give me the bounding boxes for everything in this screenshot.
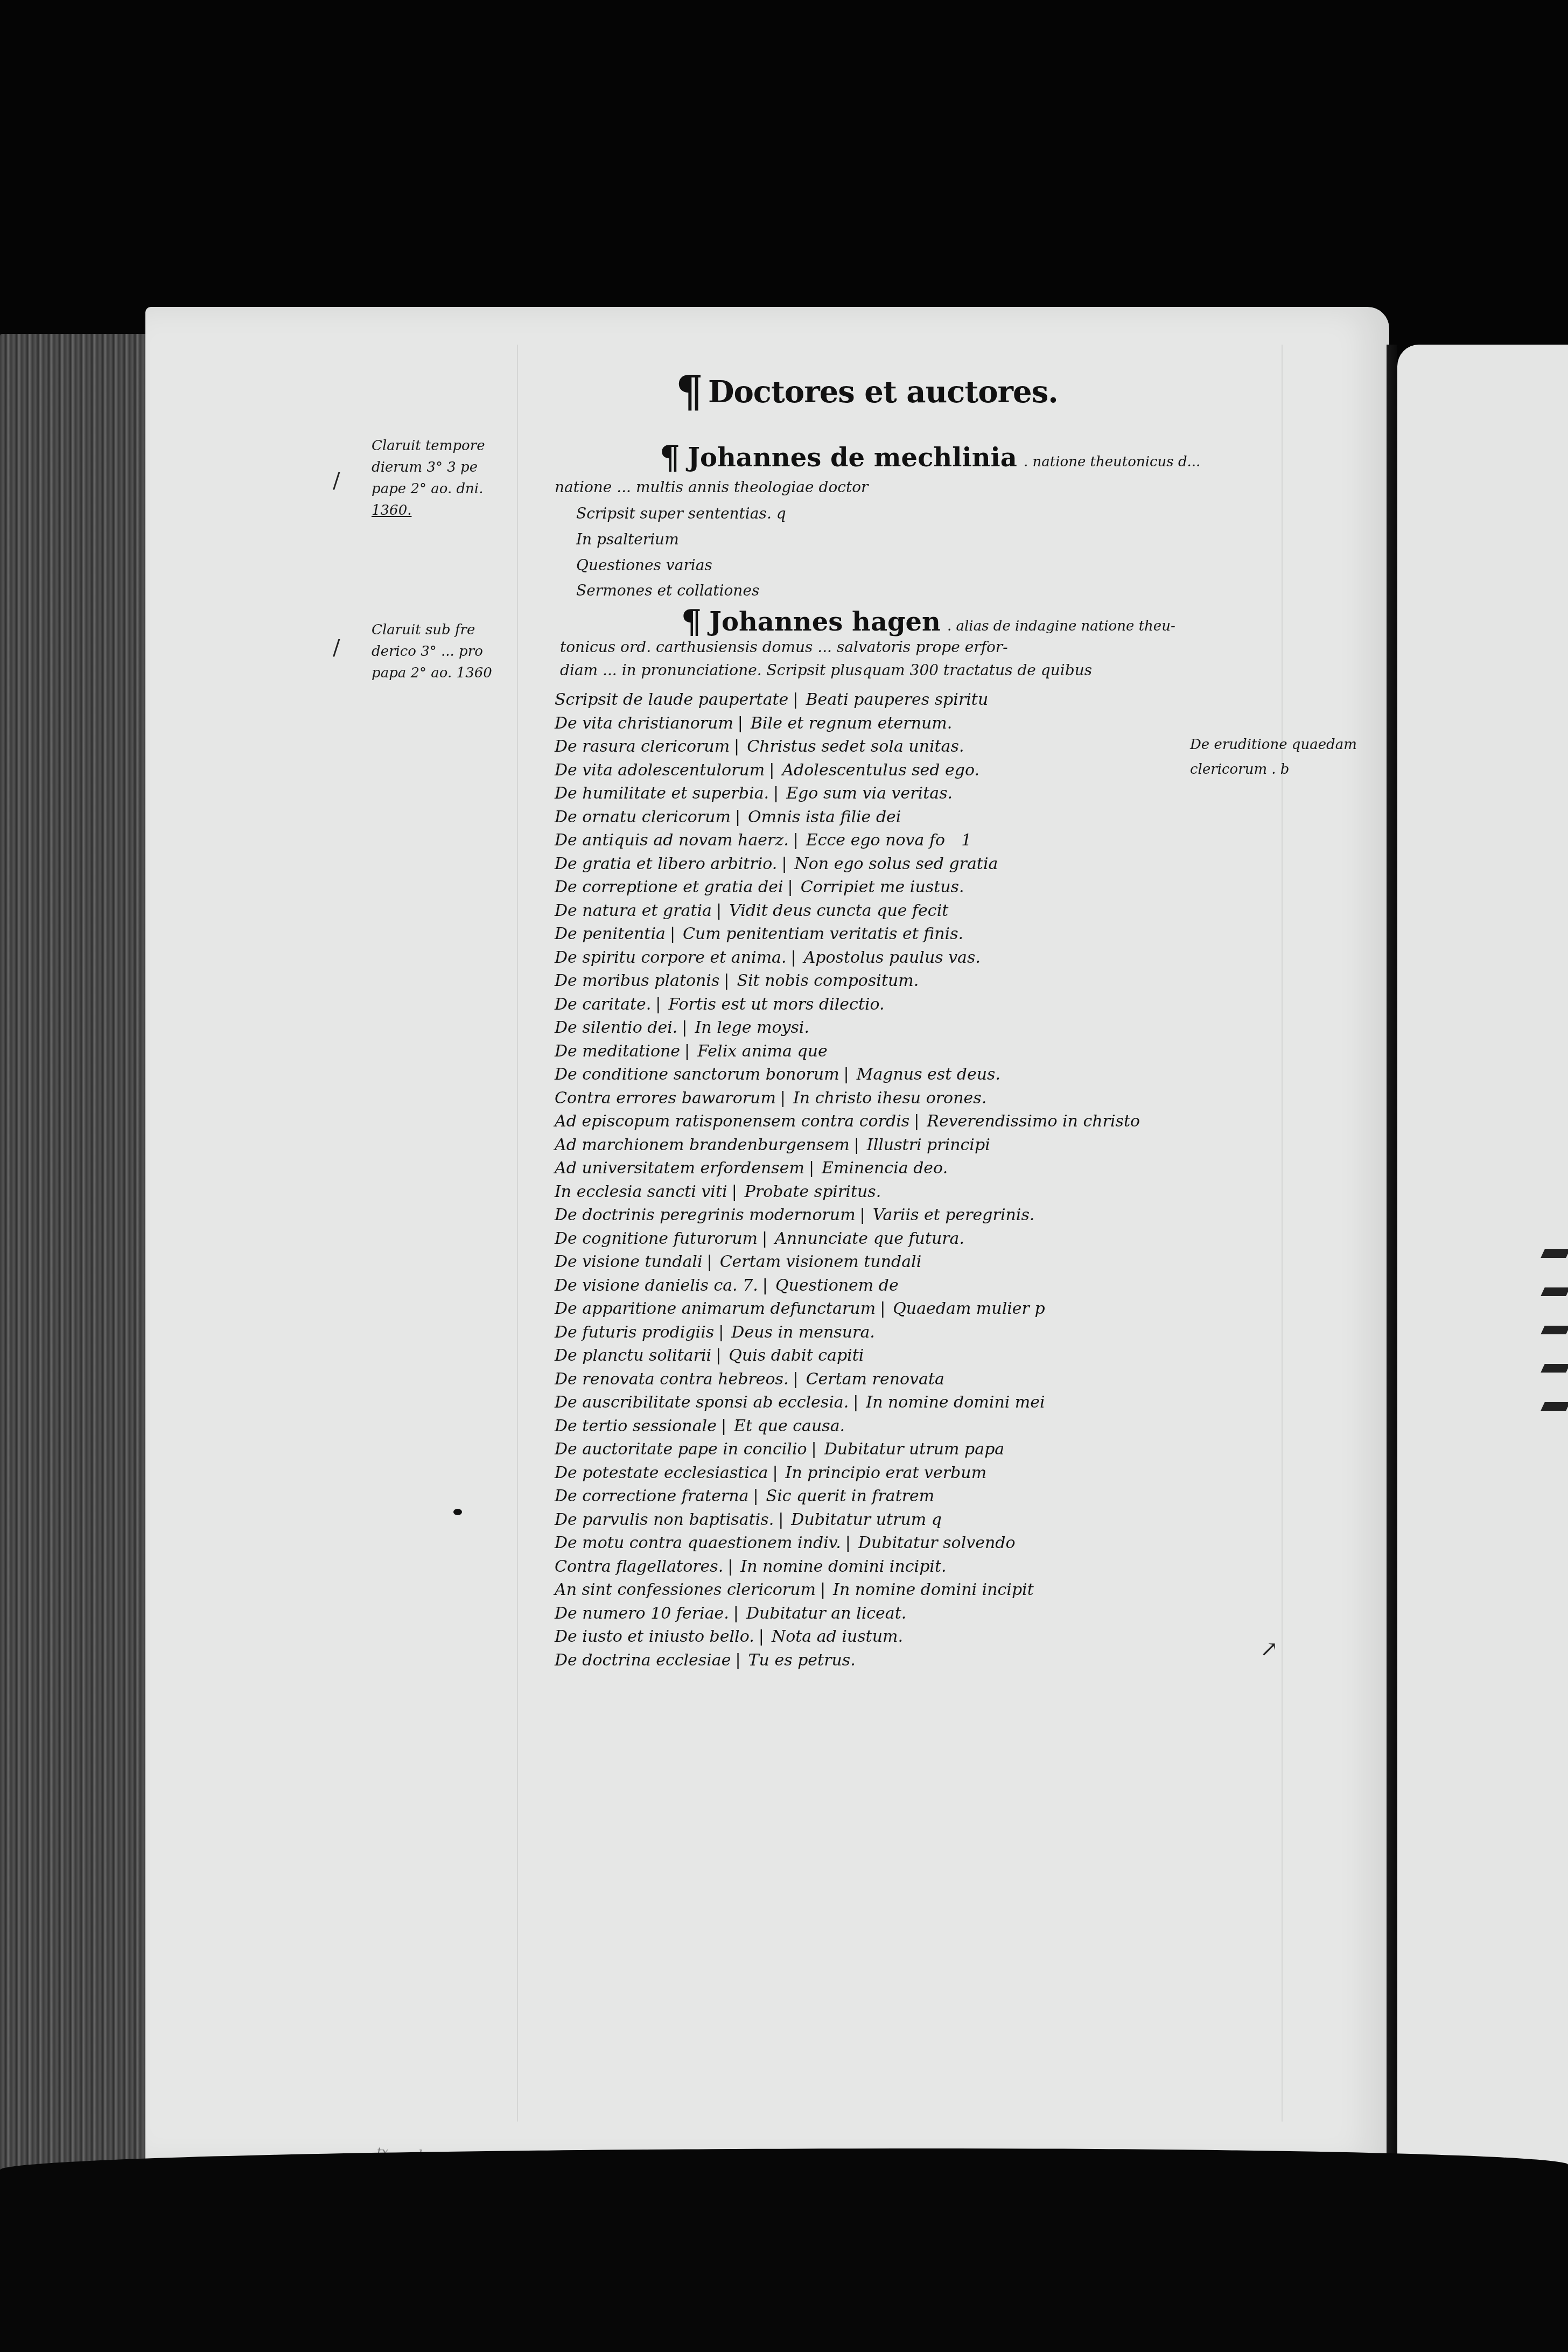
work-entry: De numero 10 feriae.|Dubitatur an liceat… [555,1602,1201,1626]
work-entry: De antiquis ad novam haerz.|Ecce ego nov… [555,829,1201,852]
work-entry: De rasura clericorum|Christus sedet sola… [555,735,1201,759]
work-entry: De gratia et libero arbitrio.|Non ego so… [555,852,1201,876]
work-entry: De planctu solitarii|Quis dabit capiti [555,1344,1201,1368]
work-entry: De natura et gratia|Vidit deus cuncta qu… [555,899,1201,923]
work-entry: De motu contra quaestionem indiv.|Dubita… [555,1531,1201,1555]
work-entry: Scripsit de laude paupertate|Beati paupe… [555,688,1201,712]
entry-text-line: diam ... in pronunciatione. Scripsit plu… [560,661,1092,679]
work-entry: De tertio sessionale|Et que causa. [555,1415,1201,1438]
entry-text-line: tonicus ord. carthusiensis domus ... sal… [560,638,1008,656]
entry-text-line: Scripsit super sententias. q [576,505,786,522]
facing-page-text-fragments [1543,1249,1568,1440]
work-entry: Ad universitatem erfordensem|Eminencia d… [555,1157,1201,1180]
work-entry: De parvulis non baptisatis.|Dubitatur ut… [555,1508,1201,1532]
entry-text-line: In psalterium [576,530,679,548]
work-entry: De auscribilitate sponsi ab ecclesia.|In… [555,1391,1201,1415]
work-entry: De renovata contra hebreos.|Certam renov… [555,1368,1201,1391]
work-entry: De conditione sanctorum bonorum|Magnus e… [555,1063,1201,1087]
paragraph-mark-icon: ¶ [681,603,702,641]
work-entry: Contra flagellatores.|In nomine domini i… [555,1555,1201,1579]
paragraph-mark-icon: ¶ [660,439,680,477]
margin-ruling-line [1282,345,1283,2122]
entry-text-line: Sermones et collationes [576,582,759,599]
work-entry: De correctione fraterna|Sic querit in fr… [555,1485,1201,1508]
work-entry: De humilitate et superbia.|Ego sum via v… [555,782,1201,806]
page-heading: ¶Doctores et auctores. [676,366,1058,417]
work-entry: An sint confessiones clericorum|In nomin… [555,1578,1201,1602]
work-entry: De moribus platonis|Sit nobis compositum… [555,969,1201,993]
entry-text-line: Questiones varias [576,556,712,574]
work-entry: De meditatione|Felix anima que [555,1040,1201,1063]
work-entry: De doctrinis peregrinis modernorum|Varii… [555,1203,1201,1227]
work-entry: De penitentia|Cum penitentiam veritatis … [555,922,1201,946]
work-entry: De ornatu clericorum|Omnis ista filie de… [555,806,1201,829]
marginal-note-2: Claruit sub fre derico 3° ... pro papa 2… [372,619,495,684]
book-fore-edge [0,334,145,2175]
arrow-mark-icon: ↗ [1260,1637,1278,1662]
margin-ruling-line [517,345,518,2122]
work-entry: De potestate ecclesiastica|In principio … [555,1461,1201,1485]
book-gutter [1387,345,1397,2154]
work-entry: Ad episcopum ratisponensem contra cordis… [555,1110,1201,1133]
work-entry: De visione tundali|Certam visionem tunda… [555,1250,1201,1274]
margin-slash-mark: / [333,468,340,493]
work-entry: De spiritu corpore et anima.|Apostolus p… [555,946,1201,970]
work-entry: Contra errores bawarorum|In christo ihes… [555,1087,1201,1110]
work-entry: De doctrina ecclesiae|Tu es petrus. [555,1649,1201,1672]
work-entry: De correptione et gratia dei|Corripiet m… [555,876,1201,899]
work-entry: De futuris prodigiis|Deus in mensura. [555,1321,1201,1345]
work-entry: De apparitione animarum defunctarum|Quae… [555,1297,1201,1321]
work-entry: Ad marchionem brandenburgensem|Illustri … [555,1133,1201,1157]
author-heading-2: ¶Johannes hagen. alias de indagine natio… [681,603,1175,641]
author-heading-1: ¶Johannes de mechlinia. natione theutoni… [660,439,1200,477]
right-margin-note: De eruditione quaedam clericorum . b [1190,732,1368,782]
pilcrow-icon: ¶ [676,366,703,417]
margin-slash-mark: / [333,635,340,660]
entry-text-line: natione ... multis annis theologiae doct… [555,478,868,496]
work-entry: De cognitione futurorum|Annunciate que f… [555,1227,1201,1251]
work-entry: De vita christianorum|Bile et regnum ete… [555,712,1201,736]
ink-dot-mark [453,1509,462,1515]
marginal-note-1: Claruit tempore dierum 3° 3 pe pape 2° a… [372,435,495,521]
work-entry: De silentio dei.|In lege moysi. [555,1016,1201,1040]
work-entry: De iusto et iniusto bello.|Nota ad iustu… [555,1625,1201,1649]
heading-text: Doctores et auctores. [708,374,1058,410]
work-entry: De vita adolescentulorum|Adolescentulus … [555,759,1201,782]
bottom-shadow [0,2148,1568,2352]
work-entry: De visione danielis ca. 7.|Questionem de [555,1274,1201,1298]
work-entry: De auctoritate pape in concilio|Dubitatu… [555,1438,1201,1461]
works-list: Scripsit de laude paupertate|Beati paupe… [555,688,1201,1672]
work-entry: De caritate.|Fortis est ut mors dilectio… [555,993,1201,1017]
work-entry: In ecclesia sancti viti|Probate spiritus… [555,1180,1201,1204]
